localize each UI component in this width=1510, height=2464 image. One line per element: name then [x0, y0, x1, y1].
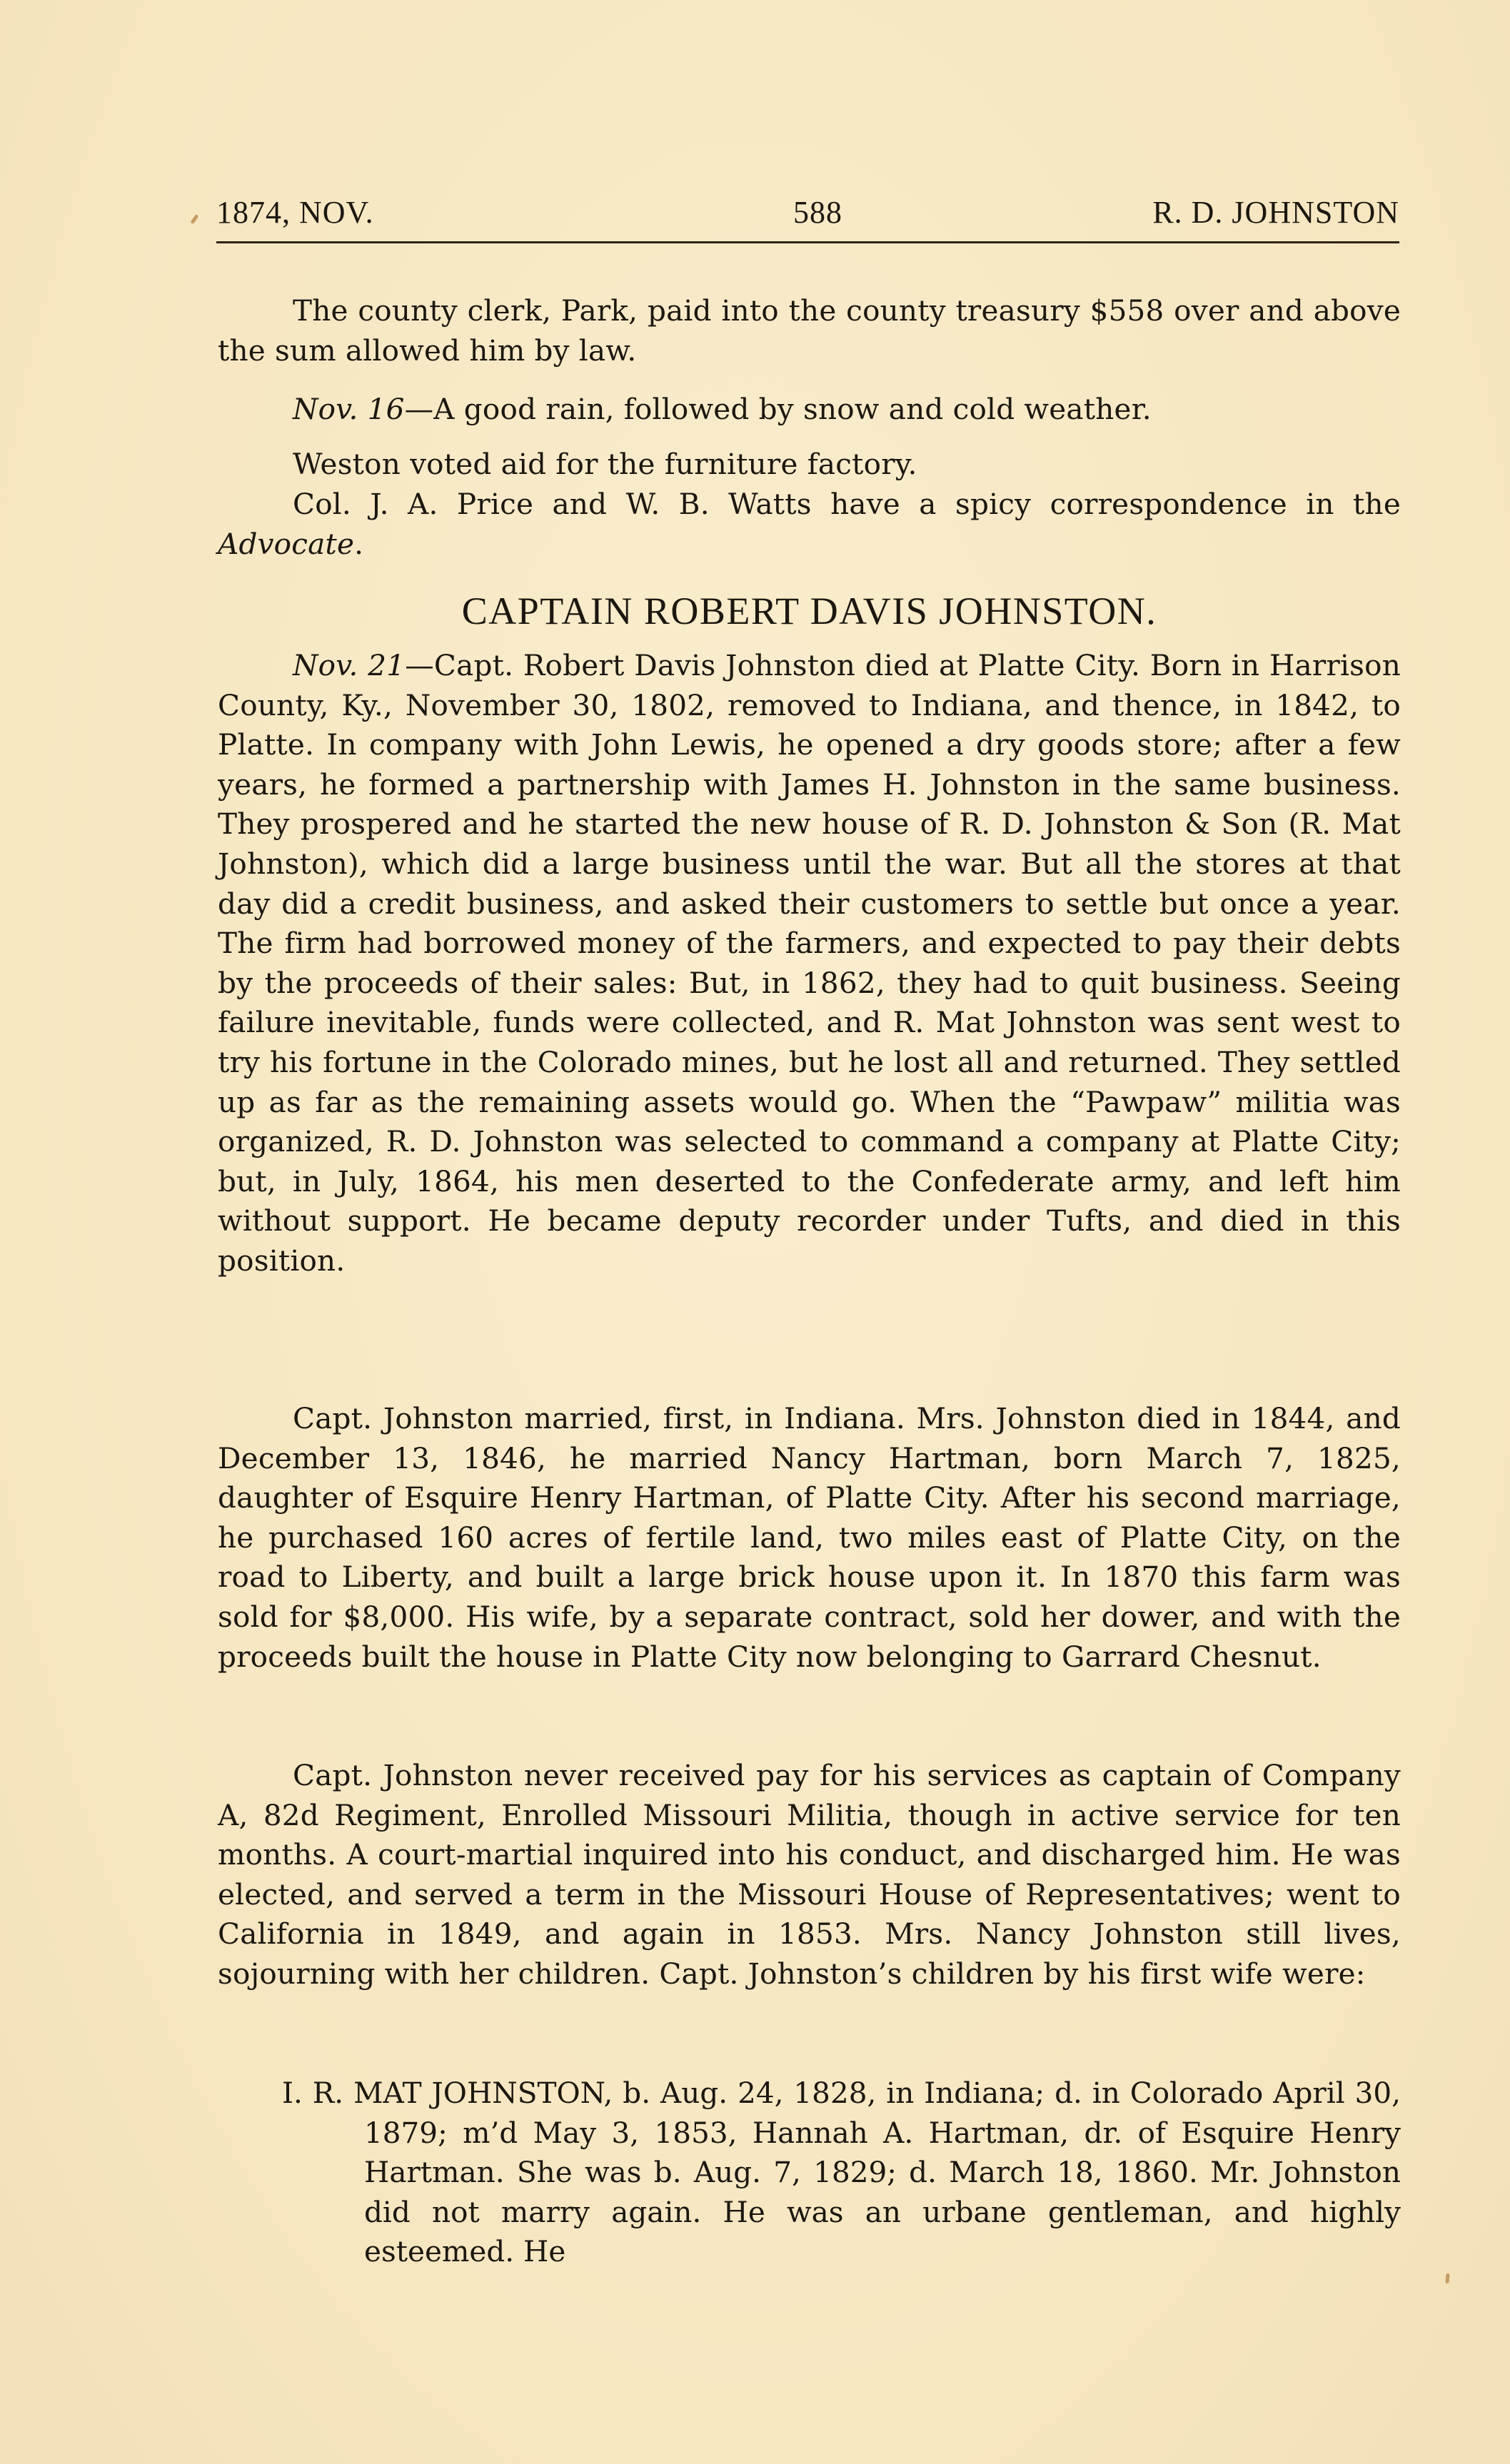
running-head-date: 1874, NOV. — [216, 194, 374, 231]
section-heading: CAPTAIN ROBERT DAVIS JOHNSTON. — [218, 590, 1401, 632]
date-label: Nov. 21 — [293, 648, 405, 682]
entry-county-clerk: The county clerk, Park, paid into the co… — [218, 291, 1401, 370]
paragraph: Weston voted aid for the furniture facto… — [218, 445, 1401, 485]
paragraph: Capt. Johnston married, first, in Indian… — [218, 1399, 1401, 1677]
entry-weston: Weston voted aid for the furniture facto… — [218, 445, 1401, 485]
running-head-title: R. D. JOHNSTON — [1152, 194, 1399, 231]
running-head: 1874, NOV. 588 R. D. JOHNSTON — [216, 194, 1399, 234]
paragraph: Col. J. A. Price and W. B. Watts have a … — [218, 485, 1401, 564]
newspaper-title: Advocate — [218, 527, 354, 561]
entry-nov-16: Nov. 16—A good rain, followed by snow an… — [218, 390, 1401, 430]
book-page: 1874, NOV. 588 R. D. JOHNSTON The county… — [0, 0, 1510, 2464]
page-number: 588 — [793, 194, 842, 231]
list-numeral: I. — [282, 2076, 303, 2110]
paragraph: Nov. 16—A good rain, followed by snow an… — [218, 390, 1401, 430]
paper-speck — [190, 214, 198, 224]
paper-speck — [1445, 2273, 1449, 2283]
entry-nov-21: Nov. 21—Capt. Robert Davis Johnston died… — [218, 646, 1401, 1281]
paragraph: The county clerk, Park, paid into the co… — [218, 291, 1401, 370]
paragraph: Capt. Johnston never received pay for hi… — [218, 1756, 1401, 1994]
date-label: Nov. 16 — [293, 392, 405, 426]
paragraph: Nov. 21—Capt. Robert Davis Johnston died… — [218, 646, 1401, 1281]
list-text: R. MAT JOHNSTON, b. Aug. 24, 1828, in In… — [313, 2076, 1401, 2268]
paragraph-service: Capt. Johnston never received pay for hi… — [218, 1756, 1401, 1994]
list-item: I. R. MAT JOHNSTON, b. Aug. 24, 1828, in… — [218, 2074, 1401, 2272]
paragraph-marriage: Capt. Johnston married, first, in Indian… — [218, 1399, 1401, 1677]
header-rule — [216, 241, 1399, 243]
entry-price-watts: Col. J. A. Price and W. B. Watts have a … — [218, 485, 1401, 564]
